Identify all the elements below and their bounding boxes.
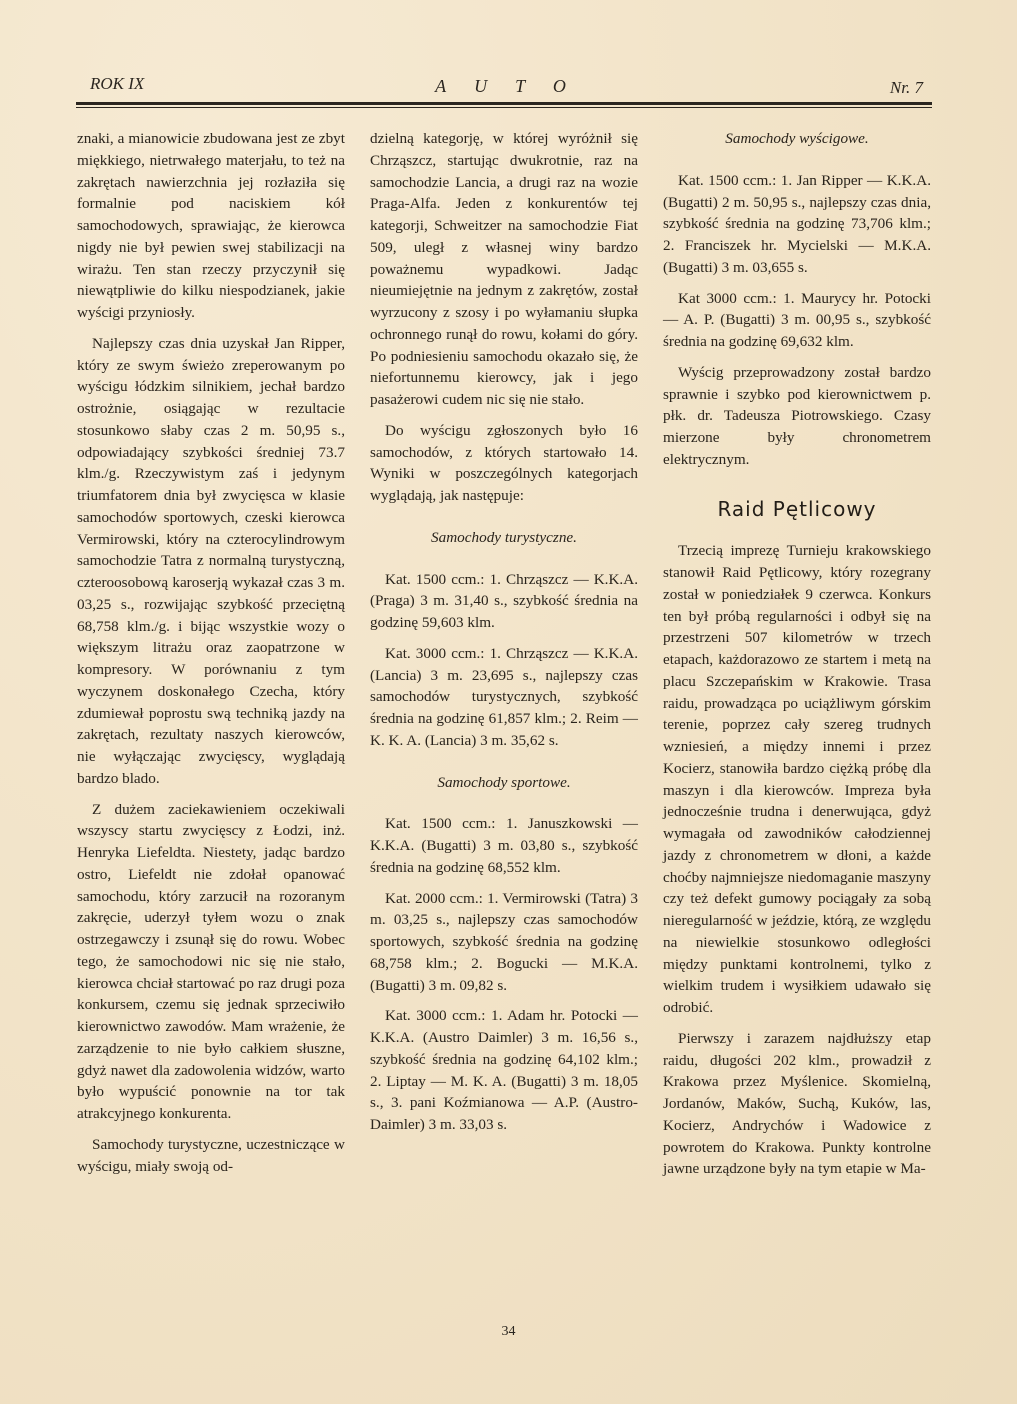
- rule-thin: [76, 107, 932, 108]
- result-entry: Kat. 1500 ccm.: 1. Jan Ripper — K.K.A. (…: [663, 170, 931, 279]
- column-2: dzielną kategorję, w której wyróżnił się…: [370, 128, 638, 1136]
- paragraph: znaki, a mianowicie zbudowana jest ze zb…: [77, 128, 345, 324]
- section-title-sport: Samochody sportowe.: [370, 772, 638, 794]
- running-head: ROK IX AUTO Nr. 7: [78, 74, 931, 98]
- article-heading: Raid Pętlicowy: [663, 499, 931, 521]
- magazine-title: AUTO: [78, 76, 931, 97]
- paragraph: Wyścig przeprowadzony został bardzo spra…: [663, 362, 931, 471]
- paragraph: Do wyścigu zgłoszonych było 16 samochodó…: [370, 420, 638, 507]
- paragraph: Pierwszy i zarazem najdłuższy etap raidu…: [663, 1028, 931, 1180]
- paragraph: Trzecią imprezę Turnieju krakowskiego st…: [663, 540, 931, 1019]
- paragraph: dzielną kategorję, w której wyróżnił się…: [370, 128, 638, 411]
- issue-number: Nr. 7: [890, 78, 923, 98]
- result-entry: Kat. 2000 ccm.: 1. Vermirowski (Tatra) 3…: [370, 888, 638, 997]
- section-title-racing: Samochody wyścigowe.: [663, 128, 931, 150]
- section-title-touring: Samochody turystyczne.: [370, 527, 638, 549]
- paragraph: Najlepszy czas dnia uzyskał Jan Ripper, …: [77, 333, 345, 790]
- result-entry: Kat 3000 ccm.: 1. Maurycy hr. Potocki — …: [663, 288, 931, 353]
- result-entry: Kat. 3000 ccm.: 1. Chrząszcz — K.K.A. (L…: [370, 643, 638, 752]
- column-1: znaki, a mianowicie zbudowana jest ze zb…: [77, 128, 345, 1177]
- header-double-rule: [76, 102, 932, 109]
- rule-thick: [76, 102, 932, 105]
- result-entry: Kat. 1500 ccm.: 1. Januszkowski — K.K.A.…: [370, 813, 638, 878]
- paragraph: Z dużem zaciekawieniem oczekiwali wszysc…: [77, 799, 345, 1125]
- page-number: 34: [0, 1324, 1017, 1340]
- result-entry: Kat. 1500 ccm.: 1. Chrząszcz — K.K.A. (P…: [370, 569, 638, 634]
- result-entry: Kat. 3000 ccm.: 1. Adam hr. Potocki — K.…: [370, 1005, 638, 1136]
- column-3: Samochody wyścigowe. Kat. 1500 ccm.: 1. …: [663, 128, 931, 1180]
- magazine-page: ROK IX AUTO Nr. 7 znaki, a mianowicie zb…: [0, 0, 1017, 1404]
- paragraph: Samochody turystyczne, uczestniczące w w…: [77, 1134, 345, 1178]
